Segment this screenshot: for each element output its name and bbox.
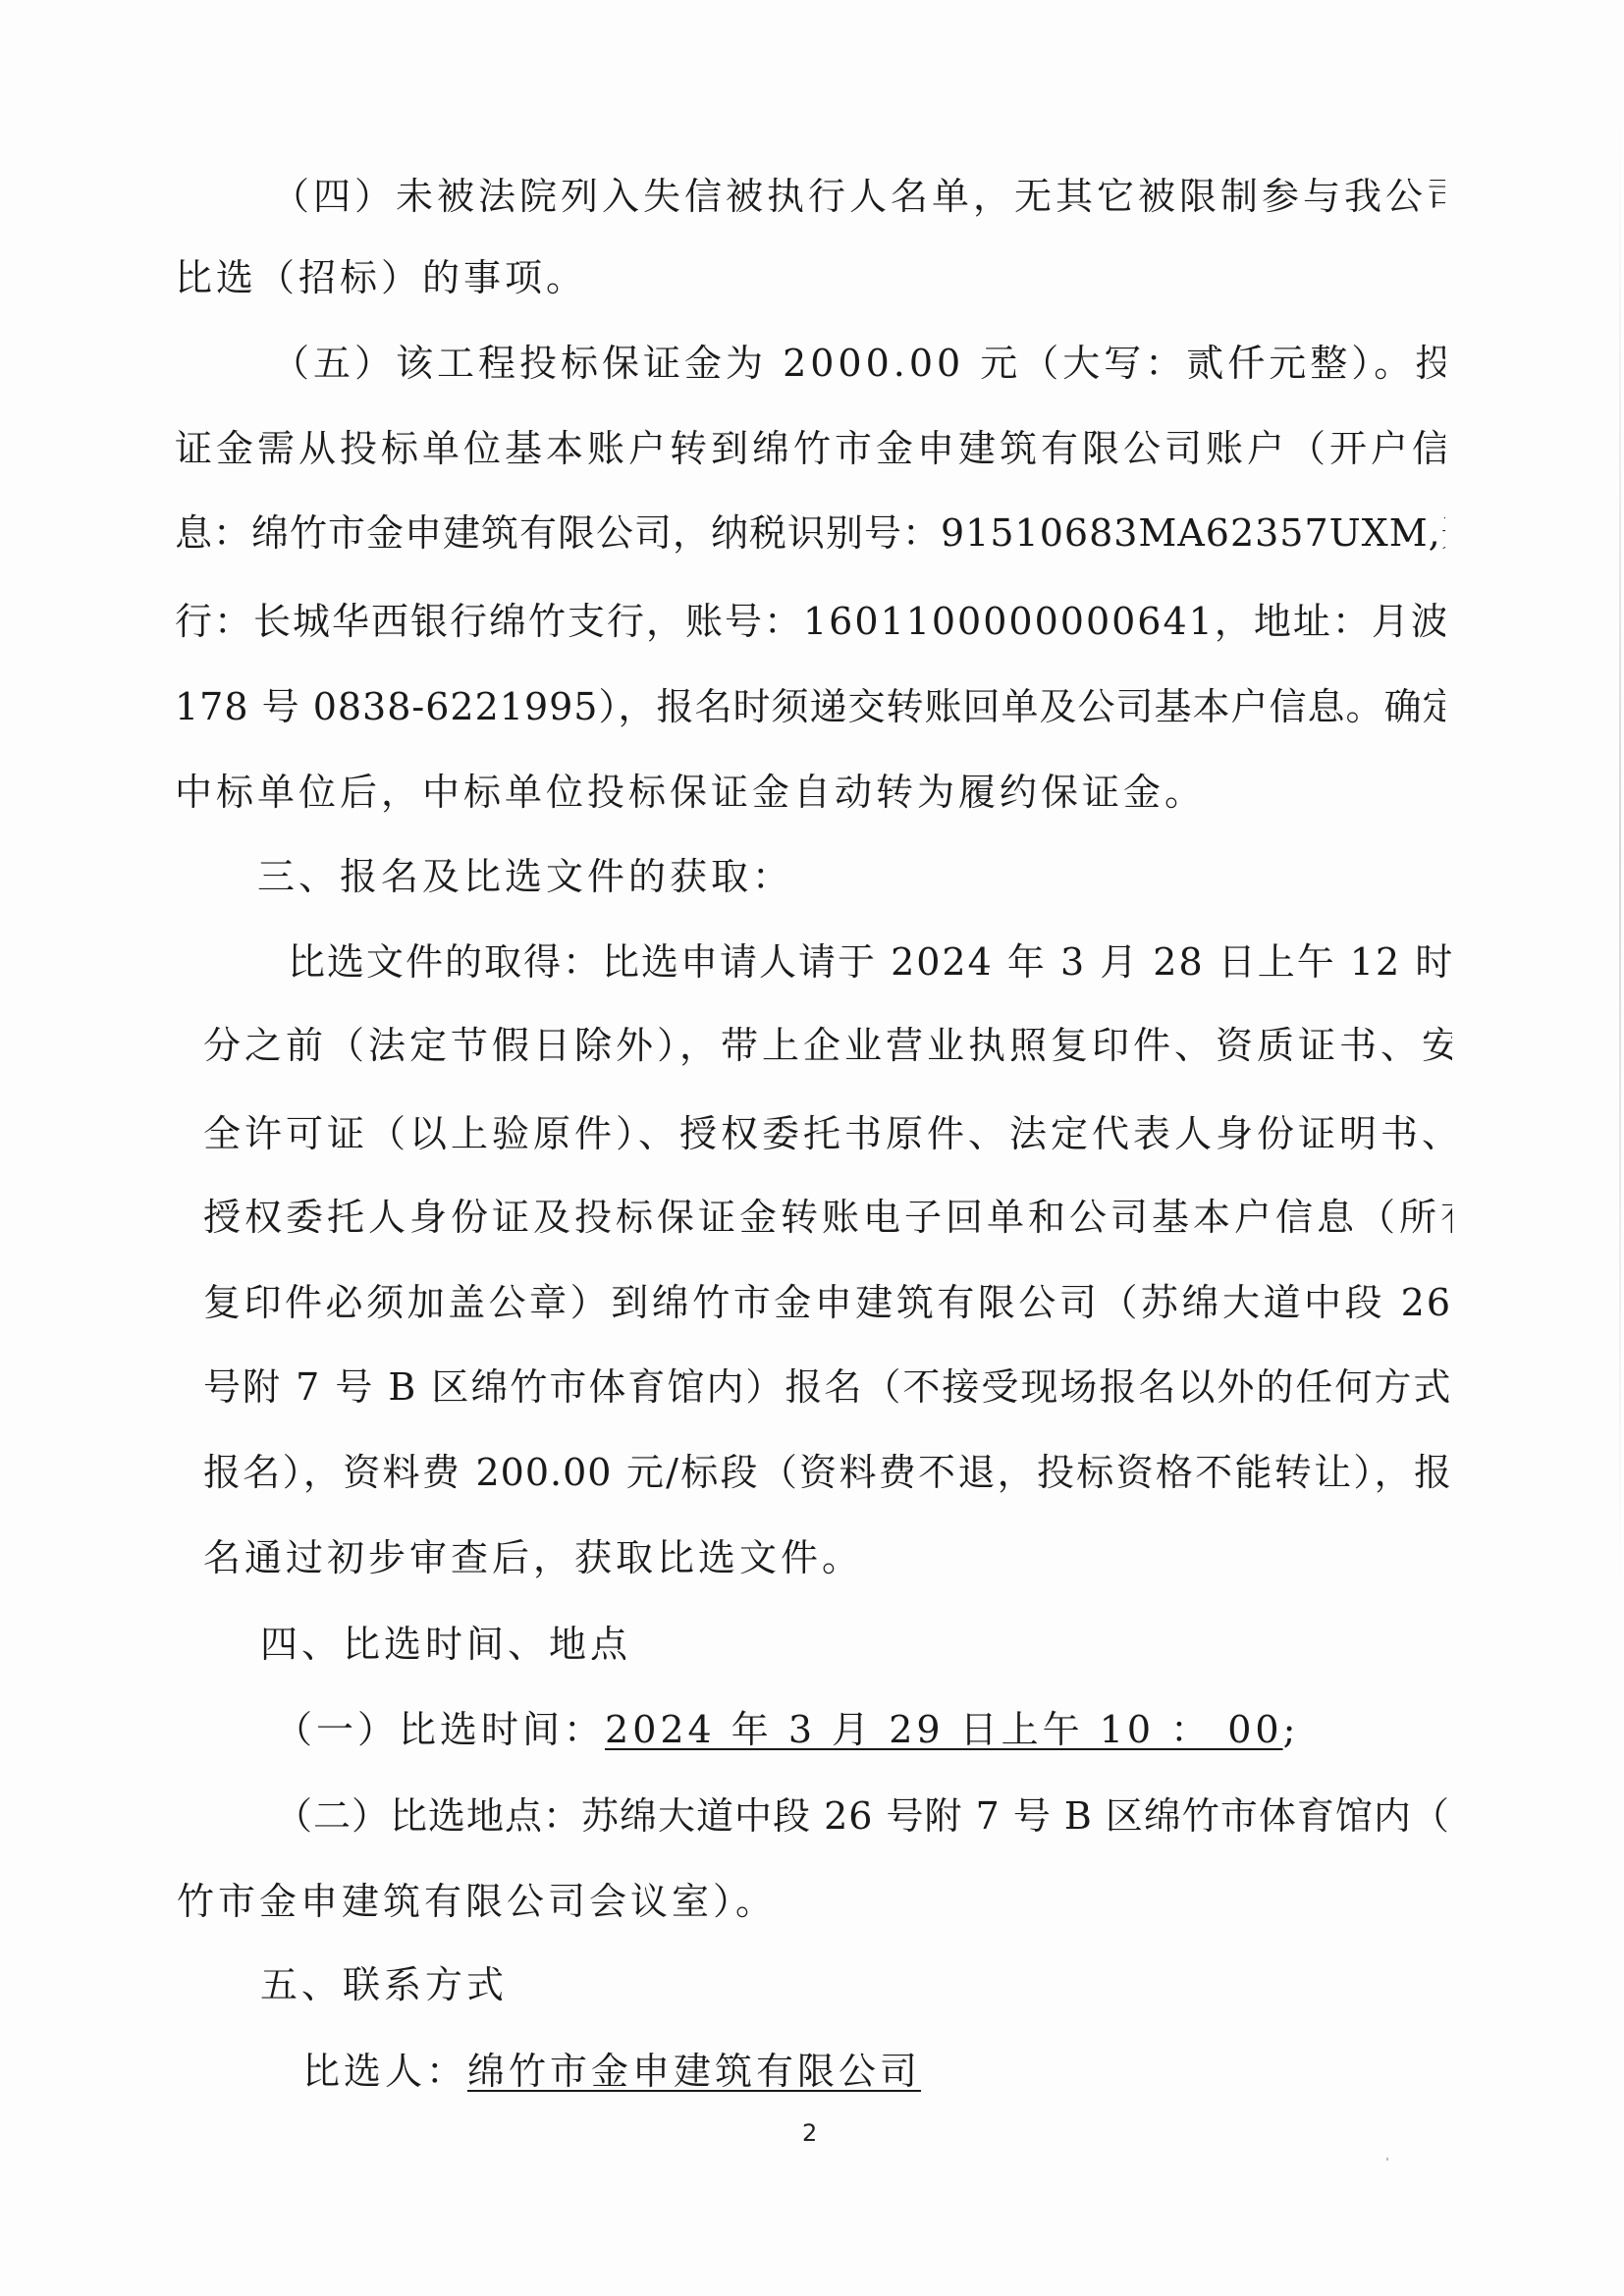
section-3-line-1: 比选文件的取得：比选申请人请于 2024 年 3 月 28 日上午 12 时 0… (288, 933, 1452, 991)
paragraph-5-line-6: 中标单位后，中标单位投标保证金自动转为履约保证金。 (175, 763, 1206, 822)
section-3-line-7: 报名），资料费 200.00 元/标段（资料费不退，投标资格不能转让），报 (203, 1443, 1452, 1502)
contact-label: 比选人： (302, 2050, 467, 2093)
paragraph-5-line-4: 行：长城华西银行绵竹支行，账号：1601100000000641，地址：月波街 (175, 592, 1445, 651)
paragraph-4-line-1: （四）未被法院列入失信被执行人名单，无其它被限制参与我公司 (272, 167, 1445, 226)
page-number: 2 (802, 2118, 817, 2148)
paragraph-5-line-1: （五）该工程投标保证金为 2000.00 元（大写：贰仟元整）。投标保 (272, 334, 1445, 393)
document-page: （四）未被法院列入失信被执行人名单，无其它被限制参与我公司 比选（招标）的事项。… (0, 0, 1624, 2296)
selection-time-label: （一）比选时间： (275, 1708, 605, 1751)
selection-time-line: （一）比选时间：2024 年 3 月 29 日上午 10 ： 00; (275, 1700, 1299, 1759)
selection-time-value: 2024 年 3 月 29 日上午 10 ： 00 (605, 1708, 1283, 1751)
section-3-line-4: 授权委托人身份证及投标保证金转账电子回单和公司基本户信息（所有 (203, 1188, 1452, 1247)
section-3-line-8: 名通过初步审查后，获取比选文件。 (203, 1528, 863, 1587)
selection-time-suffix: ; (1283, 1708, 1300, 1751)
contact-line: 比选人：绵竹市金申建筑有限公司 (302, 2042, 921, 2101)
scan-edge-shadow (1619, 118, 1621, 1590)
paragraph-5-line-3: 息：绵竹市金申建筑有限公司，纳税识别号：91510683MA62357UXM,开… (175, 504, 1445, 562)
paragraph-4-line-2: 比选（招标）的事项。 (175, 248, 587, 307)
selection-location-line-1: （二）比选地点：苏绵大道中段 26 号附 7 号 B 区绵竹市体育馆内（绵 (275, 1787, 1451, 1845)
section-4-heading: 四、比选时间、地点 (260, 1615, 631, 1674)
paragraph-5-line-2: 证金需从投标单位基本账户转到绵竹市金申建筑有限公司账户（开户信 (175, 419, 1445, 478)
section-3-line-5: 复印件必须加盖公章）到绵竹市金申建筑有限公司（苏绵大道中段 26 (203, 1273, 1452, 1332)
section-3-heading: 三、报名及比选文件的获取： (257, 847, 793, 906)
contact-company: 绵竹市金申建筑有限公司 (467, 2050, 921, 2093)
section-3-line-2: 分之前（法定节假日除外），带上企业营业执照复印件、资质证书、安 (203, 1016, 1452, 1075)
section-3-line-6: 号附 7 号 B 区绵竹市体育馆内）报名（不接受现场报名以外的任何方式 (203, 1358, 1452, 1416)
section-3-line-3: 全许可证（以上验原件）、授权委托书原件、法定代表人身份证明书、 (203, 1104, 1452, 1163)
selection-location-line-2: 竹市金申建筑有限公司会议室）。 (177, 1872, 777, 1931)
paragraph-5-line-5: 178 号 0838-6221995），报名时须递交转账回单及公司基本户信息。确… (175, 677, 1445, 736)
section-5-heading: 五、联系方式 (260, 1955, 508, 2014)
scan-speck (1386, 2158, 1388, 2161)
